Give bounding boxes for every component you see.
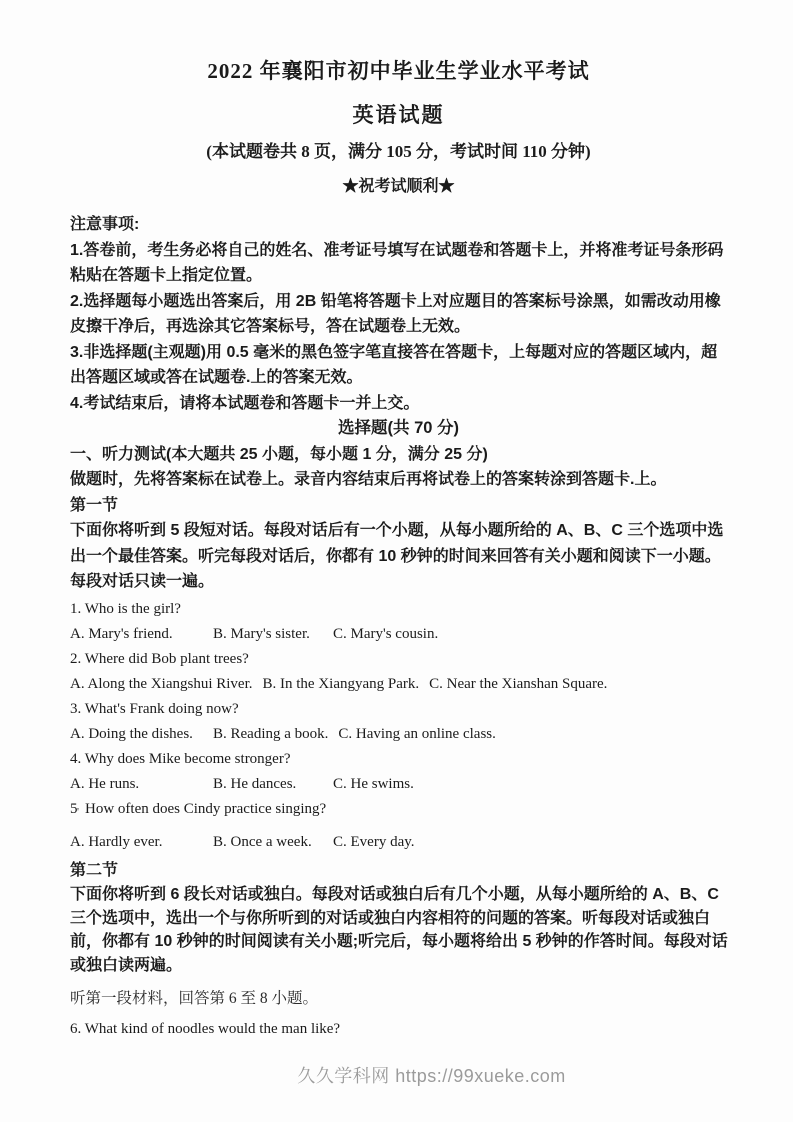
subsection1-heading: 第一节 (70, 493, 727, 519)
exam-title: 2022 年襄阳市初中毕业生学业水平考试 (70, 56, 727, 86)
option-a: A. Hardly ever. (70, 832, 213, 852)
question-item: 5 How often does Cindy practice singing?… (70, 799, 727, 852)
option-row: A. Hardly ever.B. Once a week.C. Every d… (70, 832, 727, 852)
option-c: C. Every day. (333, 832, 415, 852)
question-text: 2. Where did Bob plant trees? (70, 649, 727, 669)
option-b: B. Reading a book. (213, 724, 338, 744)
stray-mark: ' (77, 806, 79, 818)
option-a: A. Mary's friend. (70, 624, 213, 644)
question-text: 1. Who is the girl? (70, 599, 727, 619)
paper-info: (本试题卷共 8 页，满分 105 分，考试时间 110 分钟) (70, 141, 727, 163)
question-text: 4. Why does Mike become stronger? (70, 749, 727, 769)
page-content: 2022 年襄阳市初中毕业生学业水平考试 英语试题 (本试题卷共 8 页，满分 … (0, 0, 793, 1039)
option-row: A. Doing the dishes.B. Reading a book.C.… (70, 724, 727, 744)
option-b: B. In the Xiangyang Park. (263, 674, 430, 694)
option-a: A. Doing the dishes. (70, 724, 213, 744)
exam-paper-page: 2022 年襄阳市初中毕业生学业水平考试 英语试题 (本试题卷共 8 页，满分 … (0, 0, 793, 1122)
question-text: 3. What's Frank doing now? (70, 699, 727, 719)
option-row: A. He runs.B. He dances.C. He swims. (70, 774, 727, 794)
option-c: C. He swims. (333, 774, 414, 794)
note-line: 2.选择题每小题选出答案后，用 2B 铅笔将答题卡上对应题目的答案标号涂黑，如需… (70, 289, 727, 315)
note-line: 出答题区域或答在试题卷.上的答案无效。 (70, 365, 727, 391)
option-row: A. Along the Xiangshui River.B. In the X… (70, 674, 727, 694)
note-line: 粘贴在答题卡上指定位置。 (70, 263, 727, 289)
option-b: B. He dances. (213, 774, 333, 794)
material1-intro: 听第一段材料，回答第 6 至 8 小题。 (70, 988, 727, 1010)
section-desc-line: 或独白读两遍。 (70, 954, 727, 978)
option-b: B. Once a week. (213, 832, 333, 852)
subsection1-description: 下面你将听到 5 段短对话。每段对话后有一个小题，从每小题所给的 A、B、C 三… (70, 518, 727, 595)
question-item: 2. Where did Bob plant trees?A. Along th… (70, 649, 727, 694)
option-a: A. Along the Xiangshui River. (70, 674, 263, 694)
section-desc-line: 前，你都有 10 秒钟的时间阅读有关小题;听完后，每小题将给出 5 秒钟的作答时… (70, 930, 727, 954)
notes-lines: 1.答卷前，考生务必将自己的姓名、准考证号填写在试题卷和答题卡上，并将准考证号条… (70, 238, 727, 417)
question-text: 5 How often does Cindy practice singing? (70, 799, 727, 819)
section-desc-line: 出一个最佳答案。听完每段对话后，你都有 10 秒钟的时间来回答有关小题和阅读下一… (70, 544, 727, 570)
question-item: 3. What's Frank doing now?A. Doing the d… (70, 699, 727, 744)
section-desc-line: 三个选项中，选出一个与你所听到的对话或独白内容相符的问题的答案。听每段对话或独白 (70, 907, 727, 931)
question-item: 4. Why does Mike become stronger?A. He r… (70, 749, 727, 794)
listening-questions: 1. Who is the girl?A. Mary's friend.B. M… (70, 599, 727, 852)
exam-subject: 英语试题 (70, 101, 727, 129)
watermark: 久久学科网 https://99xueke.com (0, 1062, 793, 1088)
option-a: A. He runs. (70, 774, 213, 794)
subsection2-description: 下面你将听到 6 段长对话或独白。每段对话或独白后有几个小题，从每小题所给的 A… (70, 883, 727, 977)
option-row: A. Mary's friend.B. Mary's sister.C. Mar… (70, 624, 727, 644)
notes-heading: 注意事项: (70, 212, 727, 238)
subsection2-heading: 第二节 (70, 858, 727, 884)
section-desc-line: 每段对话只读一遍。 (70, 569, 727, 595)
listening-instruction: 做题时，先将答案标在试卷上。录音内容结束后再将试卷上的答案转涂到答题卡.上。 (70, 467, 727, 493)
note-line: 4.考试结束后，请将本试题卷和答题卡一并上交。 (70, 391, 727, 417)
option-c: C. Near the Xianshan Square. (429, 674, 607, 694)
note-line: 皮擦干净后，再选涂其它答案标号，答在试题卷上无效。 (70, 314, 727, 340)
note-line: 1.答卷前，考生务必将自己的姓名、准考证号填写在试题卷和答题卡上，并将准考证号条… (70, 238, 727, 264)
question-item: 1. Who is the girl?A. Mary's friend.B. M… (70, 599, 727, 644)
exam-wish: ★祝考试顺利★ (70, 176, 727, 198)
question-6-text: 6. What kind of noodles would the man li… (70, 1019, 727, 1039)
section-desc-line: 下面你将听到 6 段长对话或独白。每段对话或独白后有几个小题，从每小题所给的 A… (70, 883, 727, 907)
section-desc-line: 下面你将听到 5 段短对话。每段对话后有一个小题，从每小题所给的 A、B、C 三… (70, 518, 727, 544)
notes-section: 注意事项: 1.答卷前，考生务必将自己的姓名、准考证号填写在试题卷和答题卡上，并… (70, 212, 727, 416)
option-b: B. Mary's sister. (213, 624, 333, 644)
option-c: C. Having an online class. (338, 724, 495, 744)
part1-heading: 一、听力测试(本大题共 25 小题，每小题 1 分，满分 25 分) (70, 442, 727, 468)
note-line: 3.非选择题(主观题)用 0.5 毫米的黑色签字笔直接答在答题卡，上每题对应的答… (70, 340, 727, 366)
section-title: 选择题(共 70 分) (70, 416, 727, 442)
option-c: C. Mary's cousin. (333, 624, 438, 644)
